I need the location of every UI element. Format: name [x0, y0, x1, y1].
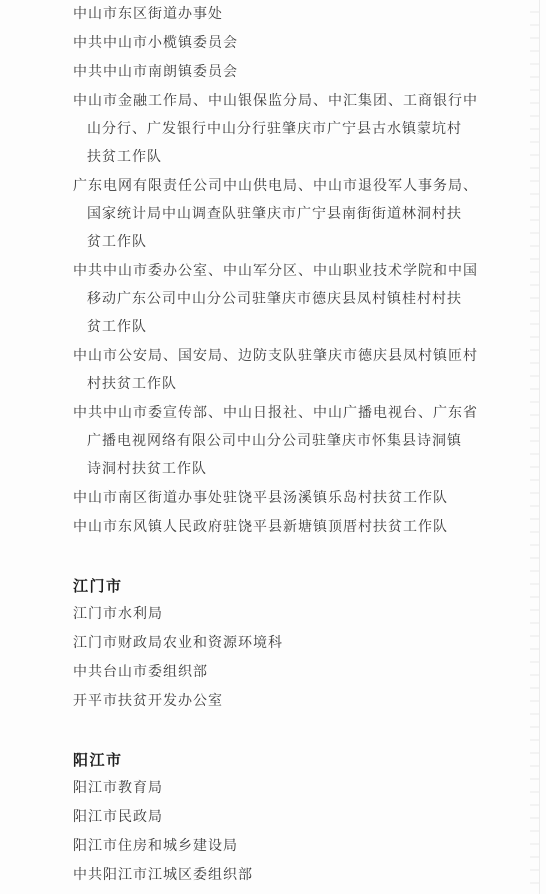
- list-item: 江门市水利局: [73, 601, 483, 629]
- list-item-line: 中山市公安局、国安局、边防支队驻肇庆市德庆县凤村镇匝村: [73, 343, 483, 371]
- list-item: 中共中山市委宣传部、中山日报社、中山广播电视台、广东省广播电视网络有限公司中山分…: [73, 400, 483, 484]
- right-edge-line: [539, 0, 540, 894]
- list-item-line: 阳江市住房和城乡建设局: [73, 833, 483, 861]
- list-item-line: 中山市东风镇人民政府驻饶平县新塘镇顶厝村扶贫工作队: [73, 514, 483, 542]
- list-item: 中共台山市委组织部: [73, 659, 483, 687]
- list-item: 中共中山市小榄镇委员会: [73, 30, 483, 58]
- right-edge-ticks: [530, 0, 539, 894]
- list-item: 中山市南区街道办事处驻饶平县汤溪镇乐岛村扶贫工作队: [73, 485, 483, 513]
- list-item: 中山市东区街道办事处: [73, 1, 483, 29]
- list-item: 阳江市住房和城乡建设局: [73, 833, 483, 861]
- list-item: 开平市扶贫开发办公室: [73, 688, 483, 716]
- list-item: 中山市东风镇人民政府驻饶平县新塘镇顶厝村扶贫工作队: [73, 514, 483, 542]
- list-item: 广东电网有限责任公司中山供电局、中山市退役军人事务局、国家统计局中山调查队驻肇庆…: [73, 173, 483, 257]
- list-item-line: 中共中山市委宣传部、中山日报社、中山广播电视台、广东省: [73, 400, 483, 428]
- list-item-line: 中山市南区街道办事处驻饶平县汤溪镇乐岛村扶贫工作队: [73, 485, 483, 513]
- list-item-line: 中共中山市委办公室、中山军分区、中山职业技术学院和中国: [73, 258, 483, 286]
- list-item-line: 中共台山市委组织部: [73, 659, 483, 687]
- list-item-line: 阳江市教育局: [73, 775, 483, 803]
- list-item-line: 开平市扶贫开发办公室: [73, 688, 483, 716]
- list-item: 中山市公安局、国安局、边防支队驻肇庆市德庆县凤村镇匝村村扶贫工作队: [73, 343, 483, 399]
- section: 阳江市阳江市教育局阳江市民政局阳江市住房和城乡建设局中共阳江市江城区委组织部: [73, 747, 483, 890]
- list-item-line-continuation: 扶贫工作队: [73, 144, 483, 172]
- list-item-line: 中山市东区街道办事处: [73, 1, 483, 29]
- section-heading: 阳江市: [73, 747, 483, 775]
- list-item-line-continuation: 诗洞村扶贫工作队: [73, 456, 483, 484]
- list-item-line: 阳江市民政局: [73, 804, 483, 832]
- list-item-line-continuation: 贫工作队: [73, 229, 483, 257]
- org-list-content: 中山市东区街道办事处中共中山市小榄镇委员会中共中山市南朗镇委员会中山市金融工作局…: [73, 1, 483, 891]
- list-item-line-continuation: 贫工作队: [73, 314, 483, 342]
- list-item: 阳江市教育局: [73, 775, 483, 803]
- list-item: 中山市金融工作局、中山银保监分局、中汇集团、工商银行中山分行、广发银行中山分行驻…: [73, 88, 483, 172]
- list-item-line-continuation: 村扶贫工作队: [73, 371, 483, 399]
- list-item: 中共阳江市江城区委组织部: [73, 862, 483, 890]
- section: 中山市东区街道办事处中共中山市小榄镇委员会中共中山市南朗镇委员会中山市金融工作局…: [73, 1, 483, 542]
- list-item-line: 中山市金融工作局、中山银保监分局、中汇集团、工商银行中: [73, 88, 483, 116]
- list-item-line: 中共阳江市江城区委组织部: [73, 862, 483, 890]
- list-item-line-continuation: 广播电视网络有限公司中山分公司驻肇庆市怀集县诗洞镇: [73, 428, 483, 456]
- list-item-line: 广东电网有限责任公司中山供电局、中山市退役军人事务局、: [73, 173, 483, 201]
- list-item-line-continuation: 山分行、广发银行中山分行驻肇庆市广宁县古水镇蒙坑村: [73, 116, 483, 144]
- list-item-line-continuation: 国家统计局中山调查队驻肇庆市广宁县南街街道林洞村扶: [73, 201, 483, 229]
- list-item: 中共中山市委办公室、中山军分区、中山职业技术学院和中国移动广东公司中山分公司驻肇…: [73, 258, 483, 342]
- list-item: 江门市财政局农业和资源环境科: [73, 630, 483, 658]
- list-item-line: 中共中山市小榄镇委员会: [73, 30, 483, 58]
- list-item-line: 中共中山市南朗镇委员会: [73, 59, 483, 87]
- list-item: 中共中山市南朗镇委员会: [73, 59, 483, 87]
- section: 江门市江门市水利局江门市财政局农业和资源环境科中共台山市委组织部开平市扶贫开发办…: [73, 573, 483, 716]
- section-heading: 江门市: [73, 573, 483, 601]
- list-item-line-continuation: 移动广东公司中山分公司驻肇庆市德庆县凤村镇桂村村扶: [73, 286, 483, 314]
- list-item-line: 江门市财政局农业和资源环境科: [73, 630, 483, 658]
- list-item-line: 江门市水利局: [73, 601, 483, 629]
- document-page: 中山市东区街道办事处中共中山市小榄镇委员会中共中山市南朗镇委员会中山市金融工作局…: [0, 0, 546, 894]
- list-item: 阳江市民政局: [73, 804, 483, 832]
